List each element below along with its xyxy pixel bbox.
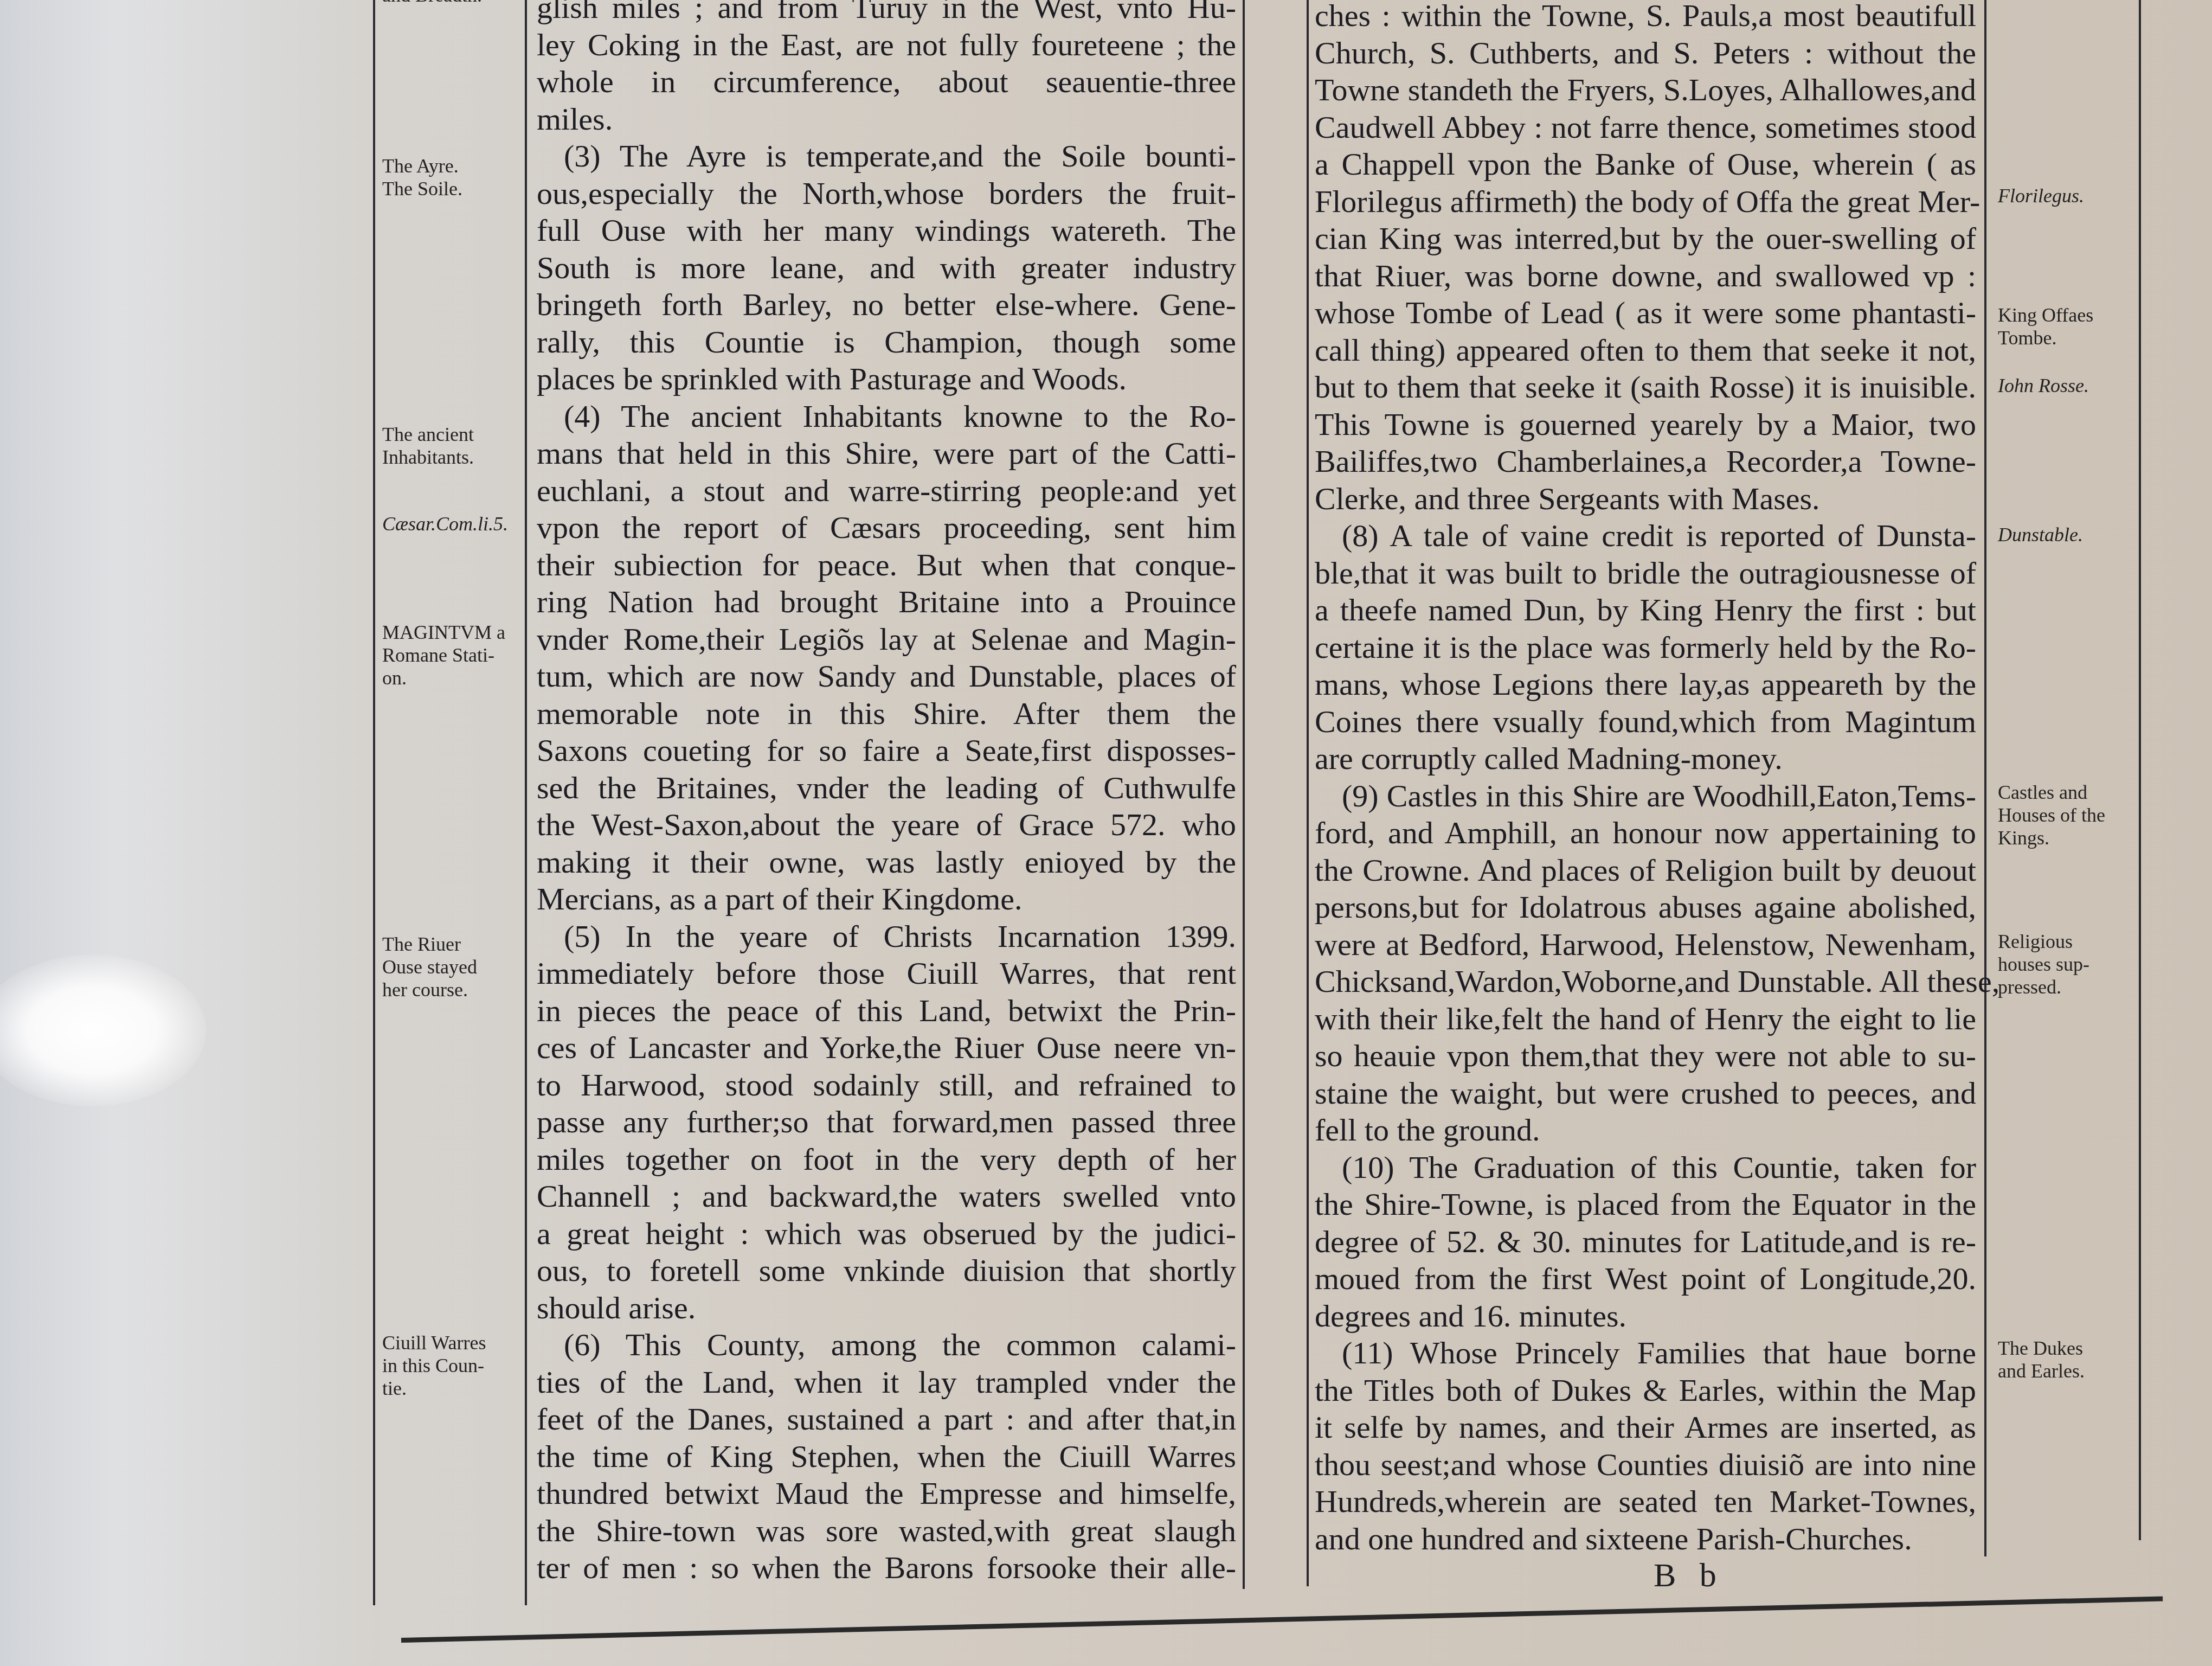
text-line: degrees and 16. minutes. — [1315, 1298, 1976, 1335]
text-line: (3) The Ayre is temperate,and the Soile … — [537, 138, 1236, 175]
text-line: memorable note in this Shire. After them… — [537, 695, 1236, 733]
text-line: bringeth forth Barley, no better else-wh… — [537, 286, 1236, 324]
text-line: staine the waight, but were crushed to p… — [1315, 1075, 1976, 1112]
margin-note-john-rosse: Iohn Rosse. — [1998, 374, 2136, 397]
text-line: Florilegus affirmeth) the body of Offa t… — [1315, 183, 1976, 221]
text-line: that Riuer, was borne downe, and swallow… — [1315, 258, 1976, 295]
text-line: Church, S. Cuthberts, and S. Peters : wi… — [1315, 35, 1976, 72]
text-line: the Shire-Towne, is placed from the Equa… — [1315, 1186, 1976, 1223]
rule-right-margin — [1984, 0, 1986, 1556]
rule-outer-left — [373, 0, 375, 1605]
margin-note-line: The ancient — [382, 423, 523, 446]
text-line: were at Bedford, Harwood, Helenstow, New… — [1315, 926, 1976, 964]
margin-note-line: on. — [382, 667, 523, 689]
text-line: ble,that it was built to bridle the outr… — [1315, 555, 1976, 592]
text-line: Towne standeth the Fryers, S.Loyes, Alha… — [1315, 72, 1976, 109]
margin-note-river-ouse: The RiuerOuse stayedher course. — [382, 933, 523, 1001]
text-line: (5) In the yeare of Christs Incarnation … — [537, 918, 1236, 956]
margin-note-line: Kings. — [1998, 826, 2136, 849]
margin-note-line: Castles and — [1998, 781, 2136, 804]
margin-note-line: houses sup- — [1998, 953, 2136, 976]
margin-note-ancient-inhabitants: The ancientInhabitants. — [382, 423, 523, 469]
text-line: in pieces the peace of this Land, betwix… — [537, 992, 1236, 1030]
text-line: rally, this Countie is Champion, though … — [537, 324, 1236, 361]
margin-note-line: her course. — [382, 978, 523, 1001]
text-line: ches : within the Towne, S. Pauls,a most… — [1315, 0, 1976, 35]
text-line: fell to the ground. — [1315, 1112, 1976, 1149]
text-line: Caudwell Abbey : not farre thence, somet… — [1315, 109, 1976, 146]
margin-note-line: Dunstable. — [1998, 523, 2136, 546]
text-line: Clerke, and three Sergeants with Mases. — [1315, 480, 1976, 518]
text-line: Bailiffes,two Chamberlaines,a Recorder,a… — [1315, 443, 1976, 480]
margin-note-dunstable: Dunstable. — [1998, 523, 2136, 546]
margin-note-line: The Riuer — [382, 933, 523, 956]
text-line: should arise. — [537, 1290, 1236, 1327]
text-line: so heauie vpon them,that they were not a… — [1315, 1037, 1976, 1075]
text-line: ces of Lancaster and Yorke,the Riuer Ous… — [537, 1029, 1236, 1067]
text-line: whole in circumference, about seauentie-… — [537, 63, 1236, 101]
text-line: degree of 52. & 30. minutes for Latitude… — [1315, 1223, 1976, 1261]
margin-note-line: Iohn Rosse. — [1998, 374, 2136, 397]
text-line: are corruptly called Madning-money. — [1315, 740, 1976, 778]
text-line: immediately before those Ciuill Warres, … — [537, 955, 1236, 992]
margin-note-line: The Dukes — [1998, 1337, 2136, 1360]
text-line: Hundreds,wherein are seated ten Market-T… — [1315, 1483, 1976, 1521]
margin-note-religious-houses: Religioushouses sup-pressed. — [1998, 930, 2136, 998]
left-margin-notes: and Breadth.The Ayre.The Soile.The ancie… — [382, 0, 523, 1605]
margin-note-line: Florilegus. — [1998, 184, 2136, 207]
margin-note-line: Tombe. — [1998, 326, 2136, 349]
text-line: cian King was interred,but by the ouer-s… — [1315, 220, 1976, 258]
rule-outer-right — [2139, 0, 2141, 1540]
text-line: Mercians, as a part of their Kingdome. — [537, 881, 1236, 918]
text-line: it selfe by names, and their Armes are i… — [1315, 1409, 1976, 1446]
margin-note-line: and Earles. — [1998, 1360, 2136, 1382]
text-line: a great height : which was obserued by t… — [537, 1215, 1236, 1253]
text-line: Coines there vsually found,which from Ma… — [1315, 703, 1976, 741]
text-line: the West-Saxon,about the yeare of Grace … — [537, 806, 1236, 844]
text-line: thundred betwixt Maud the Empresse and h… — [537, 1475, 1236, 1513]
text-line: vpon the report of Cæsars proceeding, se… — [537, 509, 1236, 547]
margin-note-line: The Ayre. — [382, 155, 523, 177]
margin-note-ciuill-warres: Ciuill Warresin this Coun-tie. — [382, 1331, 523, 1400]
text-line: ring Nation had brought Britaine into a … — [537, 584, 1236, 621]
text-line: a theefe named Dun, by King Henry the fi… — [1315, 592, 1976, 629]
text-line: certaine it is the place was formerly he… — [1315, 629, 1976, 667]
rule-left-margin — [525, 0, 527, 1605]
margin-note-line: Houses of the — [1998, 804, 2136, 826]
text-line: (4) The ancient Inhabitants knowne to th… — [537, 398, 1236, 435]
right-text-column: ches : within the Towne, S. Pauls,a most… — [1315, 0, 1976, 1558]
text-line: a Chappell vpon the Banke of Ouse, where… — [1315, 146, 1976, 183]
text-line: their subiection for peace. But when tha… — [537, 547, 1236, 584]
margin-note-line: pressed. — [1998, 976, 2136, 998]
text-line: Saxons coueting for so faire a Seate,fir… — [537, 732, 1236, 770]
margin-note-line: Religious — [1998, 930, 2136, 953]
text-line: the Shire-town was sore wasted,with grea… — [537, 1513, 1236, 1550]
text-line: ous, to foretell some vnkinde diuision t… — [537, 1252, 1236, 1290]
text-line: (9) Castles in this Shire are Woodhill,E… — [1315, 778, 1976, 815]
rule-mid-right — [1243, 0, 1245, 1589]
margin-note-breadth: and Breadth. — [382, 0, 523, 7]
margin-note-magintum: MAGINTVM aRomane Stati-on. — [382, 621, 523, 689]
text-line: tum, which are now Sandy and Dunstable, … — [537, 658, 1236, 695]
text-line: ties of the Land, when it lay trampled v… — [537, 1364, 1236, 1401]
rule-right-left — [1307, 0, 1309, 1586]
middle-text-column: glish miles ; and from Turuy in the West… — [537, 0, 1236, 1587]
text-line: persons,but for Idolatrous abuses againe… — [1315, 889, 1976, 926]
text-line: places be sprinkled with Pasturage and W… — [537, 361, 1236, 398]
margin-note-dukes-earles: The Dukesand Earles. — [1998, 1337, 2136, 1382]
margin-note-line: Romane Stati- — [382, 644, 523, 667]
text-line: vnder Rome,their Legiõs lay at Selenae a… — [537, 621, 1236, 658]
text-line: the Crowne. And places of Religion built… — [1315, 852, 1976, 889]
text-line: mans, whose Legions there lay,as appeare… — [1315, 666, 1976, 703]
text-line: sed the Britaines, vnder the leading of … — [537, 770, 1236, 807]
text-line: euchlani, a stout and warre-stirring peo… — [537, 472, 1236, 510]
margin-note-line: The Soile. — [382, 177, 523, 200]
text-line: ley Coking in the East, are not fully fo… — [537, 27, 1236, 64]
margin-note-line: Ciuill Warres — [382, 1331, 523, 1354]
text-line: moued from the first West point of Longi… — [1315, 1260, 1976, 1298]
text-line: miles. — [537, 101, 1236, 138]
margin-note-line: Ouse stayed — [382, 956, 523, 978]
margin-note-line: and Breadth. — [382, 0, 523, 7]
text-line: but to them that seeke it (saith Rosse) … — [1315, 369, 1976, 406]
text-line: This Towne is gouerned yearely by a Maio… — [1315, 406, 1976, 444]
text-line: mans that held in this Shire, were part … — [537, 435, 1236, 472]
text-line: and one hundred and sixteene Parish-Chur… — [1315, 1521, 1976, 1558]
text-line: to Harwood, stood sodainly still, and re… — [537, 1067, 1236, 1104]
margin-note-line: Inhabitants. — [382, 446, 523, 469]
text-line: feet of the Danes, sustained a part : an… — [537, 1401, 1236, 1438]
text-line: miles together on foot in the very depth… — [537, 1141, 1236, 1178]
text-line: ous,especially the North,whose borders t… — [537, 175, 1236, 213]
left-page-edge — [0, 0, 380, 1666]
margin-note-florilegus: Florilegus. — [1998, 184, 2136, 207]
text-line: passe any further;so that forward,men pa… — [537, 1104, 1236, 1141]
text-line: glish miles ; and from Turuy in the West… — [537, 0, 1236, 27]
text-line: Channell ; and backward,the waters swell… — [537, 1178, 1236, 1215]
text-line: Chicksand,Wardon,Woborne,and Dunstable. … — [1315, 963, 1976, 1001]
text-line: (11) Whose Princely Families that haue b… — [1315, 1335, 1976, 1372]
margin-note-line: King Offaes — [1998, 304, 2136, 326]
bottom-rule — [401, 1596, 2163, 1643]
text-line: (6) This County, among the common calami… — [537, 1327, 1236, 1364]
text-line: whose Tombe of Lead ( as it were some ph… — [1315, 294, 1976, 332]
margin-note-castles-houses: Castles andHouses of theKings. — [1998, 781, 2136, 849]
text-line: full Ouse with her many windings wateret… — [537, 212, 1236, 249]
text-line: South is more leane, and with greater in… — [537, 249, 1236, 287]
text-line: thou seest;and whose Counties diuisiõ ar… — [1315, 1446, 1976, 1484]
text-line: ford, and Amphill, an honour now apperta… — [1315, 815, 1976, 852]
signature-mark: B b — [1654, 1556, 1724, 1595]
margin-note-line: MAGINTVM a — [382, 621, 523, 644]
margin-note-ayre-soile: The Ayre.The Soile. — [382, 155, 523, 200]
text-line: the time of King Stephen, when the Ciuil… — [537, 1438, 1236, 1476]
text-line: making it their owne, was lastly enioyed… — [537, 844, 1236, 881]
text-line: the Titles both of Dukes & Earles, withi… — [1315, 1372, 1976, 1409]
text-line: call thing) appeared often to them that … — [1315, 332, 1976, 369]
margin-note-caesar-com: Cæsar.Com.li.5. — [382, 512, 523, 535]
margin-note-line: tie. — [382, 1377, 523, 1400]
text-line: (8) A tale of vaine credit is reported o… — [1315, 517, 1976, 555]
margin-note-line: in this Coun- — [382, 1354, 523, 1377]
margin-note-king-offas-tombe: King OffaesTombe. — [1998, 304, 2136, 349]
right-margin-notes: Florilegus.King OffaesTombe.Iohn Rosse.D… — [1998, 0, 2136, 1573]
text-line: (10) The Graduation of this Countie, tak… — [1315, 1149, 1976, 1187]
text-line: ter of men : so when the Barons forsooke… — [537, 1549, 1236, 1587]
text-line: with their like,felt the hand of Henry t… — [1315, 1001, 1976, 1038]
margin-note-line: Cæsar.Com.li.5. — [382, 512, 523, 535]
